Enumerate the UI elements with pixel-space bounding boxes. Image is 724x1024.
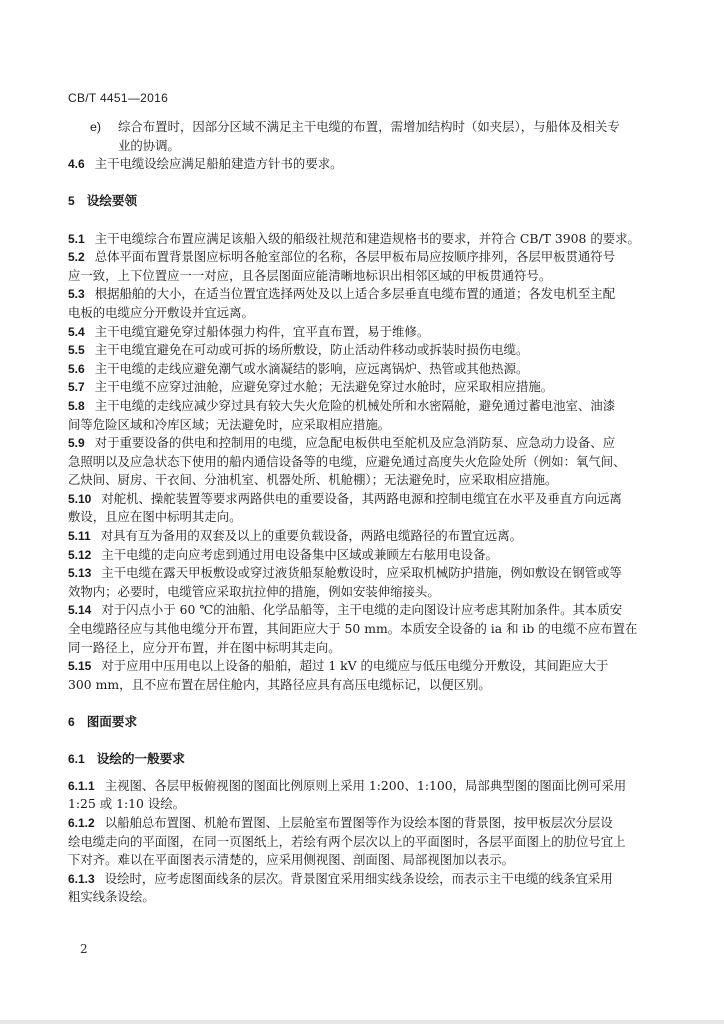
paragraph-line: 根据船舶的大小，在适当位置宜选择两处及以上适合多层垂直电缆布置的通道；各发电机至…	[95, 286, 615, 301]
clause-number: 5.7	[68, 380, 85, 394]
standard-number-header: CB/T 4451—2016	[68, 91, 168, 105]
paragraph-line: 粗实线条设绘。	[68, 889, 155, 904]
clause-number: 4.6	[68, 157, 85, 171]
document-page: CB/T 4451—2016 e)综合布置时，因部分区域不满足主干电缆的布置，需…	[0, 0, 724, 1024]
clause-number: 5.5	[68, 343, 85, 357]
clause-number: 5.13	[68, 566, 91, 580]
clause-5-9: 5.9对于重要设备的供电和控制用的电缆，应急配电板供电至舵机及应急消防泵、应急动…	[68, 434, 668, 490]
clause-5-4: 5.4主干电缆宜避免穿过船体强力构件，宜平直布置，易于维修。	[68, 323, 668, 342]
clause-number: 5.3	[68, 287, 85, 301]
clause-number: 5.6	[68, 362, 85, 376]
paragraph-line: 乙炔间、厨房、干衣间、分油机室、机器处所、机舱棚）；无法避免时，应采取相应措施。	[68, 472, 557, 487]
clause-number: 6.1.3	[68, 872, 95, 886]
section-number: 6	[68, 715, 75, 729]
section-title: 设绘要领	[87, 194, 137, 208]
clause-5-2: 5.2总体平面布置背景图应标明各舱室部位的名称，各层甲板布局应按顺序排列，各层甲…	[68, 248, 668, 285]
paragraph-line: 300 mm，且不应布置在居住舱内，其路径应具有高压电缆标记，以便区别。	[68, 677, 491, 692]
clause-number: 5.8	[68, 399, 85, 413]
page-bottom-edge	[0, 1020, 724, 1024]
clause-number: 6.1.1	[68, 779, 95, 793]
paragraph-line: 对于闪点小于 60 ℃的油船、化学品船等，主干电缆的走向图设计应考虑其附加条件。…	[101, 602, 622, 617]
clause-5-8: 5.8主干电缆的走线应减少穿过具有较大失火危险的机械处所和水密隔舱，避免通过蓄电…	[68, 397, 668, 434]
paragraph-line: 主干电缆的走线应避免潮气或水滴凝结的影响，应远离锅炉、热管或其他热源。	[95, 361, 529, 376]
section-5-heading: 5设绘要领	[68, 192, 668, 211]
clause-5-7: 5.7主干电缆不应穿过油舱，应避免穿过水舱；无法避免穿过水舱时，应采取相应措施。	[68, 378, 668, 397]
paragraph-line: 同一路径上，应分开布置，并在图中标明其走向。	[68, 640, 341, 655]
clause-number: 5.9	[68, 436, 85, 450]
clause-6-1-1: 6.1.1主视图、各层甲板俯视图的图面比例原则上采用 1:200、1:100，局…	[68, 777, 668, 814]
clause-5-15: 5.15对于应用中压用电以上设备的船舶，超过 1 kV 的电缆应与低压电缆分开敷…	[68, 657, 668, 694]
paragraph-line: 业的协调。	[118, 138, 180, 153]
paragraph-line: 绘电缆走向的平面图，在同一页图纸上，若绘有两个层次以上的平面图时，各层平面图上的…	[68, 834, 626, 849]
paragraph-line: 主干电缆综合布置应满足该船入级的船级社规范和建造规格书的要求，并符合 CB/T …	[95, 231, 640, 246]
clause-number: 5.1	[68, 232, 85, 246]
paragraph-line: 对于重要设备的供电和控制用的电缆，应急配电板供电至舵机及应急消防泵、应急动力设备…	[95, 435, 615, 450]
clause-5-12: 5.12主干电缆的走向应考虑到通过用电设备集中区域或兼顾左右舷用电设备。	[68, 546, 668, 565]
clause-number: 5.4	[68, 325, 85, 339]
section-6-heading: 6图面要求	[68, 713, 668, 732]
clause-number: 5.11	[68, 529, 91, 543]
clause-5-14: 5.14对于闪点小于 60 ℃的油船、化学品船等，主干电缆的走向图设计应考虑其附…	[68, 601, 668, 657]
clause-number: 6.1.2	[68, 816, 95, 830]
paragraph-line: 对舵机、操舵装置等要求两路供电的重要设备，其两路电源和控制电缆宜在水平及垂直方向…	[101, 491, 621, 506]
paragraph-line: 电板的电缆应分开敷设并宜远离。	[68, 305, 254, 320]
paragraph-line: 急照明以及应急状态下使用的船内通信设备等的电缆，应避免通过高度失火危险处所（例如…	[68, 454, 626, 469]
subsection-title: 设绘的一般要求	[97, 752, 185, 766]
clause-5-10: 5.10对舵机、操舵装置等要求两路供电的重要设备，其两路电源和控制电缆宜在水平及…	[68, 490, 668, 527]
clause-5-11: 5.11对具有互为备用的双套及以上的重要负载设备，两路电缆路径的布置宜远离。	[68, 527, 668, 546]
paragraph-line: 1:25 或 1:10 设绘。	[68, 796, 185, 811]
clause-5-5: 5.5主干电缆宜避免在可动或可拆的场所敷设，防止活动件移动或拆装时损伤电缆。	[68, 341, 668, 360]
clause-number: 5.2	[68, 250, 85, 264]
paragraph-line: 以船舶总布置图、机舱布置图、上层舱室布置图等作为设绘本图的背景图，按甲板层次分层…	[105, 815, 613, 830]
document-body: e)综合布置时，因部分区域不满足主干电缆的布置，需增加结构时（如夹层），与船体及…	[68, 118, 668, 907]
clause-5-6: 5.6主干电缆的走线应避免潮气或水滴凝结的影响，应远离锅炉、热管或其他热源。	[68, 360, 668, 379]
page-number: 2	[80, 942, 88, 956]
section-title: 图面要求	[87, 715, 137, 729]
clause-6-1-2: 6.1.2以船舶总布置图、机舱布置图、上层舱室布置图等作为设绘本图的背景图，按甲…	[68, 814, 668, 870]
list-label: e)	[90, 118, 118, 137]
paragraph-line: 效物内；必要时，电缆管应采取抗拉伸的措施，例如安装伸缩接头。	[68, 584, 440, 599]
clause-4-6: 4.6主干电缆设绘应满足船舶建造方针书的要求。	[68, 155, 668, 174]
paragraph-line: 主干电缆在露天甲板敷设或穿过液货船泵舱敷设时，应采取机械防护措施，例如敷设在钢管…	[101, 565, 621, 580]
clause-number: 5.14	[68, 603, 91, 617]
paragraph-line: 下对齐。难以在平面图表示清楚的，应采用侧视图、剖面图、局部视图加以表示。	[68, 852, 514, 867]
clause-5-3: 5.3根据船舶的大小，在适当位置宜选择两处及以上适合多层垂直电缆布置的通道；各发…	[68, 285, 668, 322]
paragraph-line: 主干电缆的走线应减少穿过具有较大失火危险的机械处所和水密隔舱，避免通过蓄电池室、…	[95, 398, 615, 413]
paragraph-line: 设绘时，应考虑图面线条的层次。背景图宜采用细实线条设绘，而表示主干电缆的线条宜采…	[105, 871, 613, 886]
list-item-e: e)综合布置时，因部分区域不满足主干电缆的布置，需增加结构时（如夹层），与船体及…	[68, 118, 668, 155]
clause-number: 5.15	[68, 659, 91, 673]
paragraph-line: 对于应用中压用电以上设备的船舶，超过 1 kV 的电缆应与低压电缆分开敷设，其间…	[101, 658, 608, 673]
paragraph-line: 主干电缆宜避免穿过船体强力构件，宜平直布置，易于维修。	[95, 324, 430, 339]
paragraph-line: 对具有互为备用的双套及以上的重要负载设备，两路电缆路径的布置宜远离。	[101, 528, 522, 543]
paragraph-line: 主干电缆的走向应考虑到通过用电设备集中区域或兼顾左右舷用电设备。	[101, 547, 498, 562]
subsection-number: 6.1	[68, 752, 85, 766]
clause-5-1: 5.1主干电缆综合布置应满足该船入级的船级社规范和建造规格书的要求，并符合 CB…	[68, 230, 668, 249]
clause-number: 5.10	[68, 492, 91, 506]
paragraph-line: 主干电缆宜避免在可动或可拆的场所敷设，防止活动件移动或拆装时损伤电缆。	[95, 342, 529, 357]
paragraph-line: 敷设，且应在图中标明其走向。	[68, 509, 241, 524]
paragraph-line: 间等危险区域和冷库区域；无法避免时，应采取相应措施。	[68, 417, 390, 432]
clause-number: 5.12	[68, 548, 91, 562]
clause-6-1-3: 6.1.3设绘时，应考虑图面线条的层次。背景图宜采用细实线条设绘，而表示主干电缆…	[68, 870, 668, 907]
section-number: 5	[68, 194, 75, 208]
paragraph-line: 应一致，上下位置应一一对应，且各层图面应能清晰地标识出相邻区域的甲板贯通符号。	[68, 268, 551, 283]
paragraph-line: 主视图、各层甲板俯视图的图面比例原则上采用 1:200、1:100，局部典型图的…	[105, 778, 626, 793]
paragraph-line: 综合布置时，因部分区域不满足主干电缆的布置，需增加结构时（如夹层），与船体及相关…	[118, 119, 620, 134]
paragraph-line: 主干电缆设绘应满足船舶建造方针书的要求。	[95, 156, 343, 171]
paragraph-line: 全电缆路径应与其他电缆分开布置，其间距应大于 50 mm。本质安全设备的 ia …	[68, 621, 637, 636]
clause-5-13: 5.13主干电缆在露天甲板敷设或穿过液货船泵舱敷设时，应采取机械防护措施，例如敷…	[68, 564, 668, 601]
paragraph-line: 总体平面布置背景图应标明各舱室部位的名称，各层甲板布局应按顺序排列，各层甲板贯通…	[95, 249, 615, 264]
subsection-6-1-heading: 6.1设绘的一般要求	[68, 750, 668, 769]
paragraph-line: 主干电缆不应穿过油舱，应避免穿过水舱；无法避免穿过水舱时，应采取相应措施。	[95, 379, 553, 394]
